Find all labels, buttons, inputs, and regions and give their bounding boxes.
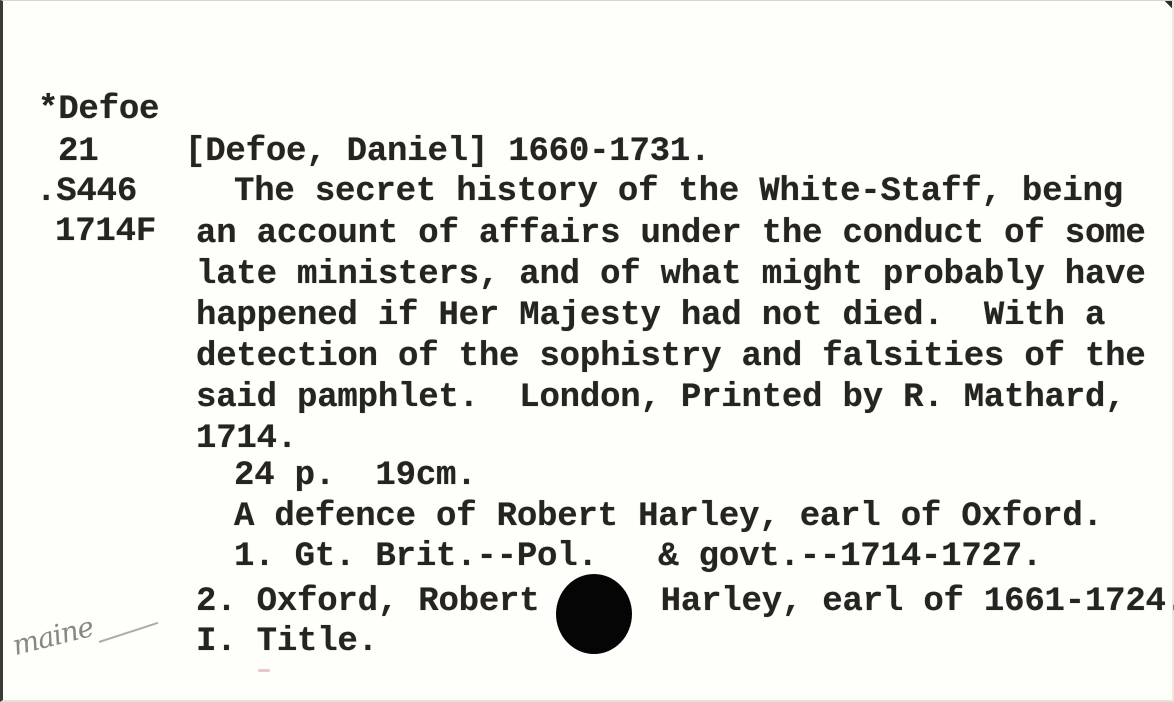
- general-note: A defence of Robert Harley, earl of Oxfo…: [234, 500, 1103, 534]
- call-number-cutter: .S446: [36, 175, 137, 209]
- catalog-card: *Defoe 21 .S446 1714F [Defoe, Daniel] 16…: [0, 0, 1174, 702]
- tracing-title: I. Title.: [196, 625, 378, 659]
- title-line: happened if Her Majesty had not died. Wi…: [196, 299, 1105, 333]
- title-line: detection of the sophistry and falsities…: [196, 340, 1146, 374]
- call-number-date: 1714F: [55, 215, 156, 249]
- title-line: late ministers, and of what might probab…: [196, 258, 1146, 292]
- tracing-subject: 1. Gt. Brit.--Pol. & govt.--1714-1727.: [234, 540, 1042, 574]
- card-punch-hole: [556, 574, 632, 654]
- title-line: The secret history of the White-Staff, b…: [234, 175, 1123, 209]
- main-entry-heading: [Defoe, Daniel] 1660-1731.: [185, 135, 710, 169]
- ink-smudge: [258, 669, 270, 672]
- handwritten-annotation: maine: [9, 610, 96, 662]
- card-corner-shadow: [1162, 1, 1172, 9]
- call-number-class: 21: [58, 135, 98, 169]
- collation: 24 p. 19cm.: [234, 459, 476, 493]
- imprint-date: 1714.: [196, 422, 297, 456]
- imprint-line: said pamphlet. London, Printed by R. Mat…: [196, 381, 1125, 415]
- call-number-author: *Defoe: [38, 93, 159, 127]
- tracing-added-entry: 2. Oxford, Robert Harley, earl of 1661-1…: [196, 585, 1174, 619]
- handwritten-stroke: [99, 622, 159, 643]
- title-line: an account of affairs under the conduct …: [196, 217, 1146, 251]
